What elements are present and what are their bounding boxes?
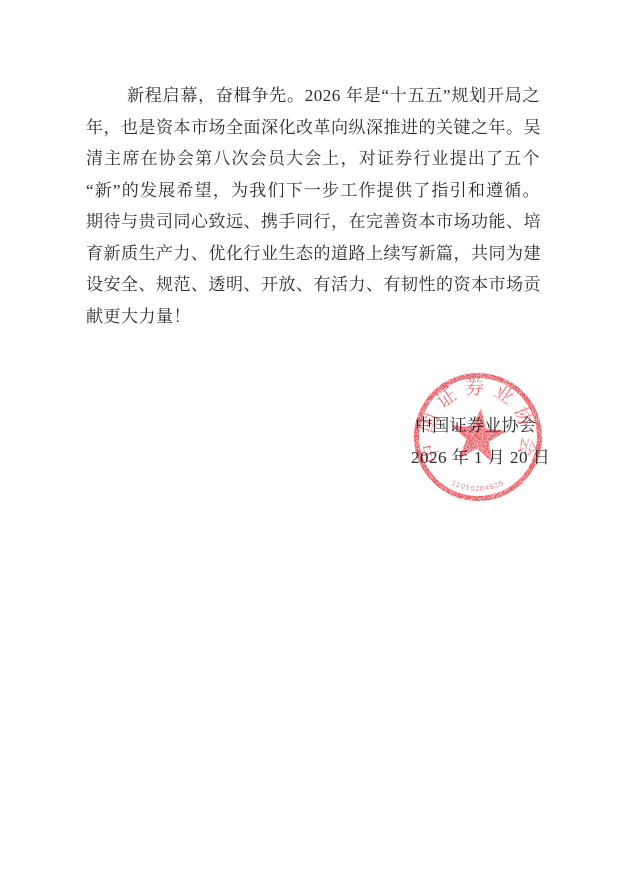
body-line: 清主席在协会第八次会员大会上，对证券行业提出了五个 (86, 143, 540, 175)
document-page: 新程启幕，奋楫争先。2026 年是“十五五”规划开局之 年，也是资本市场全面深化… (0, 0, 631, 892)
body-line: 新程启幕，奋楫争先。2026 年是“十五五”规划开局之 (86, 80, 540, 112)
body-line: 献更大力量！ (86, 301, 540, 333)
letter-body: 新程启幕，奋楫争先。2026 年是“十五五”规划开局之 年，也是资本市场全面深化… (86, 80, 540, 332)
body-line: 育新质生产力、优化行业生态的道路上续写新篇，共同为建 (86, 238, 540, 270)
body-line: 年，也是资本市场全面深化改革向纵深推进的关键之年。吴 (86, 112, 540, 144)
seal-code-text: 11010204525 (450, 480, 505, 493)
seal-star-icon (452, 408, 507, 462)
body-line: 设安全、规范、透明、开放、有活力、有韧性的资本市场贡 (86, 269, 540, 301)
body-line: 期待与贵司同心致远、携手同行，在完善资本市场功能、培 (86, 206, 540, 238)
official-seal-stamp: 中国证券业协会 11010204525 (393, 352, 563, 522)
body-line: “新”的发展希望，为我们下一步工作提供了指引和遵循。 (86, 175, 540, 207)
